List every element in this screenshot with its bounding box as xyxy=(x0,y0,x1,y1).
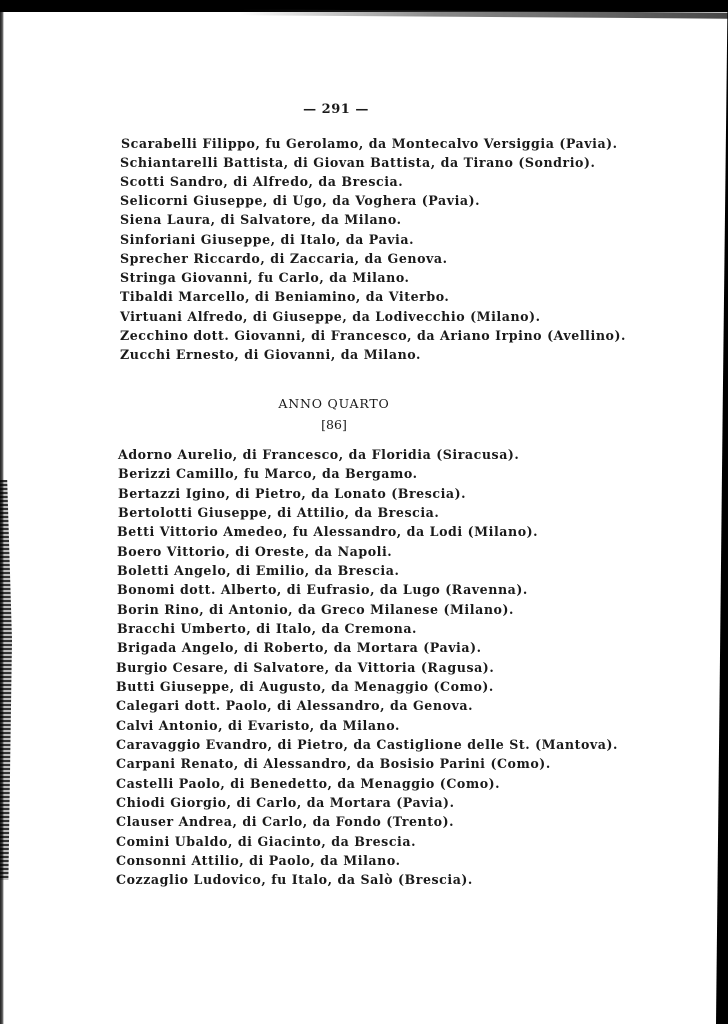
list-item: Boero Vittorio, di Oreste, da Napoli. xyxy=(117,544,392,560)
list-item: Burgio Cesare, di Salvatore, da Vittoria… xyxy=(116,660,494,676)
list-item: Clauser Andrea, di Carlo, da Fondo (Tren… xyxy=(116,814,454,830)
list-item: Sinforiani Giuseppe, di Italo, da Pavia. xyxy=(120,232,414,248)
list-item: Borin Rino, di Antonio, da Greco Milanes… xyxy=(117,602,514,618)
list-item: Adorno Aurelio, di Francesco, da Floridi… xyxy=(118,447,519,463)
list-item: Berizzi Camillo, fu Marco, da Bergamo. xyxy=(118,466,418,482)
list-item: Chiodi Giorgio, di Carlo, da Mortara (Pa… xyxy=(116,795,455,811)
list-item: Carpani Renato, di Alessandro, da Bosisi… xyxy=(116,756,551,772)
list-item: Scarabelli Filippo, fu Gerolamo, da Mont… xyxy=(121,136,618,152)
list-item: Sprecher Riccardo, di Zaccaria, da Genov… xyxy=(120,251,448,267)
list-item: Zucchi Ernesto, di Giovanni, da Milano. xyxy=(120,347,421,363)
list-item: Selicorni Giuseppe, di Ugo, da Voghera (… xyxy=(120,193,480,209)
list-item: Butti Giuseppe, di Augusto, da Menaggio … xyxy=(116,679,494,695)
scan-border-right xyxy=(716,12,728,1024)
list-item: Betti Vittorio Amedeo, fu Alessandro, da… xyxy=(117,524,538,540)
page-number: — 291 — xyxy=(0,102,672,117)
list-item: Bracchi Umberto, di Italo, da Cremona. xyxy=(117,621,417,637)
list-item: Calegari dott. Paolo, di Alessandro, da … xyxy=(116,698,473,714)
list-item: Siena Laura, di Salvatore, da Milano. xyxy=(120,212,402,228)
list-item: Tibaldi Marcello, di Beniamino, da Viter… xyxy=(120,289,449,305)
section-count: [86] xyxy=(0,417,668,432)
list-item: Bertolotti Giuseppe, di Attilio, da Bres… xyxy=(118,505,439,521)
list-item: Virtuani Alfredo, di Giuseppe, da Lodive… xyxy=(120,309,541,325)
list-item: Scotti Sandro, di Alfredo, da Brescia. xyxy=(120,174,403,190)
list-item: Zecchino dott. Giovanni, di Francesco, d… xyxy=(120,328,626,344)
list-item: Cozzaglio Ludovico, fu Italo, da Salò (B… xyxy=(116,872,473,888)
list-item: Caravaggio Evandro, di Pietro, da Castig… xyxy=(116,737,618,753)
scan-noise-left xyxy=(0,480,12,880)
list-item: Comini Ubaldo, di Giacinto, da Brescia. xyxy=(116,834,416,850)
list-item: Boletti Angelo, di Emilio, da Brescia. xyxy=(117,563,399,579)
list-item: Consonni Attilio, di Paolo, da Milano. xyxy=(116,853,401,869)
section-title: ANNO QUARTO xyxy=(0,396,668,411)
list-item: Castelli Paolo, di Benedetto, da Menaggi… xyxy=(116,776,500,792)
list-item: Schiantarelli Battista, di Giovan Battis… xyxy=(120,155,595,171)
list-item: Calvi Antonio, di Evaristo, da Milano. xyxy=(116,718,400,734)
list-item: Stringa Giovanni, fu Carlo, da Milano. xyxy=(120,270,410,286)
list-item: Bertazzi Igino, di Pietro, da Lonato (Br… xyxy=(118,486,466,502)
list-item: Bonomi dott. Alberto, di Eufrasio, da Lu… xyxy=(117,582,528,598)
list-item: Brigada Angelo, di Roberto, da Mortara (… xyxy=(117,640,482,656)
